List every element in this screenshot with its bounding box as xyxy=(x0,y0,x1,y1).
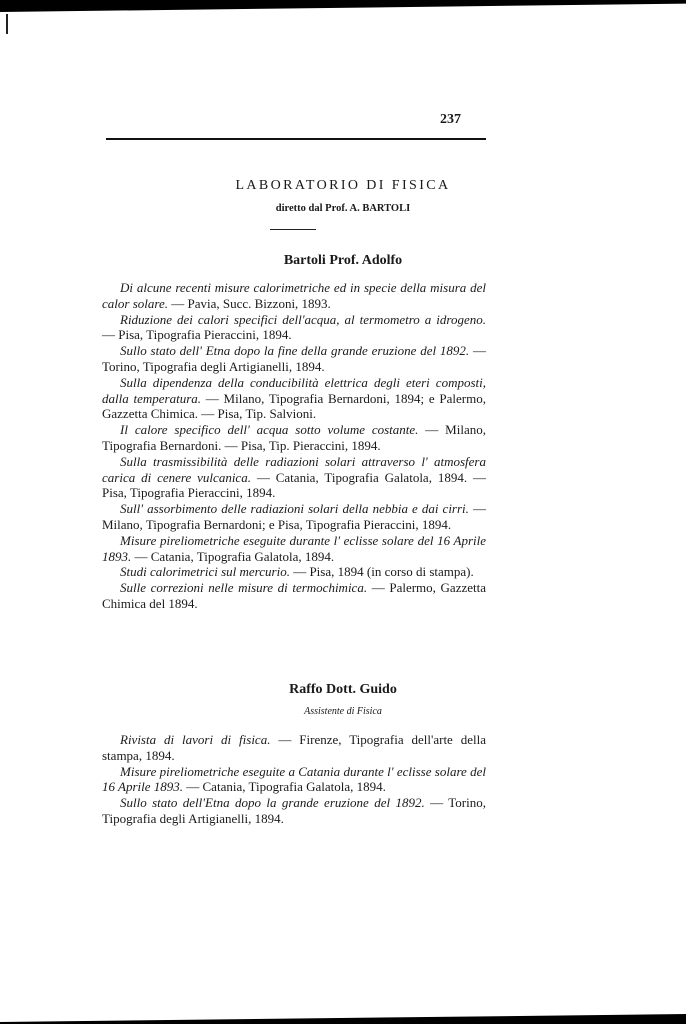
bibliography-entry: Sulla trasmissibilità delle radiazioni s… xyxy=(102,454,486,501)
section-heading-bartoli: Bartoli Prof. Adolfo xyxy=(0,253,686,269)
publication-info: — Catania, Tipografia Galatola, 1894. xyxy=(183,779,386,794)
bibliography-entry: Sullo stato dell'Etna dopo la grande eru… xyxy=(102,795,486,827)
title-divider xyxy=(270,229,316,230)
header-rule xyxy=(106,138,486,140)
bibliography-entry: Misure pireliometriche eseguite a Catani… xyxy=(102,764,486,796)
bibliography-entry: Il calore specifico dell' acqua sotto vo… xyxy=(102,422,486,454)
work-title: Studi calorimetrici sul mercurio. xyxy=(120,564,290,579)
bibliography-entry: Sulla dipendenza della conducibilità ele… xyxy=(102,375,486,422)
page-number: 237 xyxy=(440,112,461,128)
publication-info: — Pisa, Tipografia Pieraccini, 1894. xyxy=(102,327,292,342)
entries-bartoli: Di alcune recenti misure calorimetriche … xyxy=(102,280,486,612)
bibliography-entry: Studi calorimetrici sul mercurio. — Pisa… xyxy=(102,564,486,580)
work-title: Rivista di lavori di fisica. xyxy=(120,732,270,747)
bibliography-entry: Sull' assorbimento delle radiazioni sola… xyxy=(102,501,486,533)
bibliography-entry: Di alcune recenti misure calorimetriche … xyxy=(102,280,486,312)
scan-border-bottom xyxy=(0,1014,686,1024)
work-title: Sulle correzioni nelle misure di termoch… xyxy=(120,580,367,595)
work-title: Sullo stato dell' Etna dopo la fine dell… xyxy=(120,343,469,358)
publication-info: — Catania, Tipografia Galatola, 1894. xyxy=(131,549,334,564)
page-title: LABORATORIO DI FISICA xyxy=(0,178,686,194)
scan-border-top xyxy=(0,0,686,12)
bibliography-entry: Misure pireliometriche eseguite durante … xyxy=(102,533,486,565)
entries-raffo: Rivista di lavori di fisica. — Firenze, … xyxy=(102,732,486,827)
work-title: Sullo stato dell'Etna dopo la grande eru… xyxy=(120,795,425,810)
publication-info: — Pavia, Succ. Bizzoni, 1893. xyxy=(168,296,331,311)
section-role-raffo: Assistente di Fisica xyxy=(0,706,686,717)
publication-info: — Pisa, 1894 (in corso di stampa). xyxy=(290,564,474,579)
page-subtitle: diretto dal Prof. A. BARTOLI xyxy=(0,203,686,214)
bibliography-entry: Sulle correzioni nelle misure di termoch… xyxy=(102,580,486,612)
bibliography-entry: Rivista di lavori di fisica. — Firenze, … xyxy=(102,732,486,764)
work-title: Sull' assorbimento delle radiazioni sola… xyxy=(120,501,469,516)
bibliography-entry: Riduzione dei calori specifici dell'acqu… xyxy=(102,312,486,344)
work-title: Il calore specifico dell' acqua sotto vo… xyxy=(120,422,418,437)
section-heading-raffo: Raffo Dott. Guido xyxy=(0,682,686,698)
scan-margin-mark xyxy=(6,14,8,34)
bibliography-entry: Sullo stato dell' Etna dopo la fine dell… xyxy=(102,343,486,375)
work-title: Riduzione dei calori specifici dell'acqu… xyxy=(120,312,486,327)
